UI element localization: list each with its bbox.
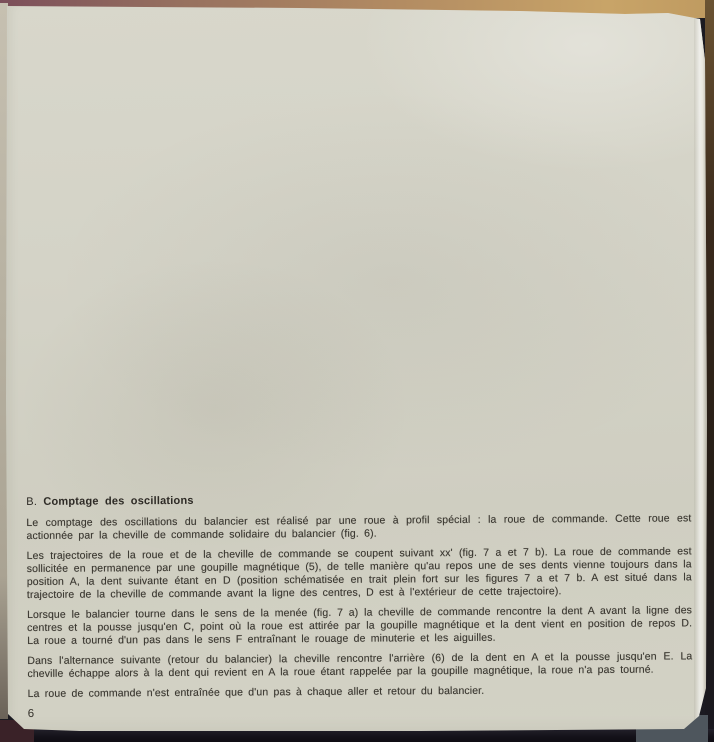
scanned-document-photo: B. Comptage des oscillations Le comptage…	[0, 0, 714, 742]
paragraph-sens-menee: Lorsque le balancier tourne dans le sens…	[27, 604, 692, 648]
paragraph-alternance: Dans l'alternance suivante (retour du ba…	[27, 650, 692, 681]
section-heading: B. Comptage des oscillations	[26, 491, 691, 508]
paragraph-trajectoires: Les trajectoires de la roue et de la che…	[27, 545, 692, 602]
paragraph-intro: Le comptage des oscillations du balancie…	[26, 512, 691, 543]
document-page: B. Comptage des oscillations Le comptage…	[0, 0, 714, 742]
page-content: B. Comptage des oscillations Le comptage…	[26, 491, 693, 720]
page-curl-edge	[694, 16, 707, 728]
paragraph-conclusion: La roue de commande n'est entraînée que …	[28, 683, 693, 701]
page-number: 6	[28, 703, 693, 720]
section-title: Comptage des oscillations	[43, 495, 193, 508]
section-letter: B.	[26, 496, 37, 508]
